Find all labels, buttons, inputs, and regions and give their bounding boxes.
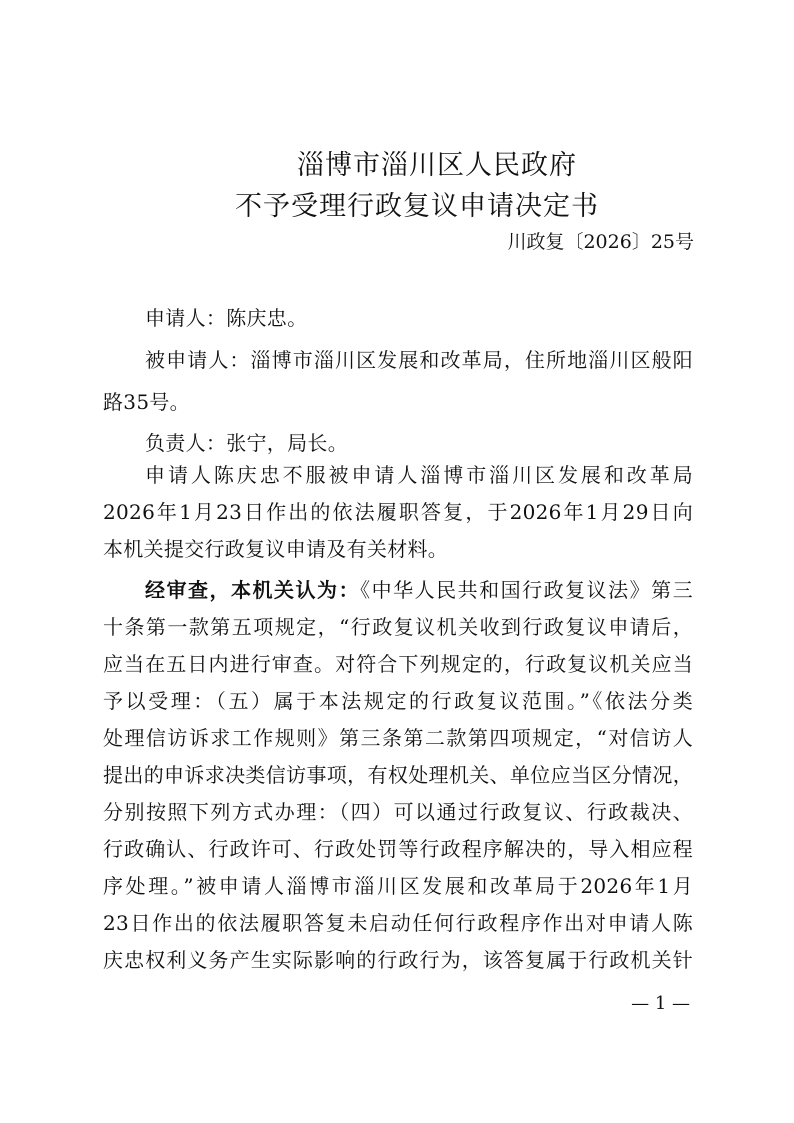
body-line: 十条第一款第五项规定，“行政复议机关收到行政复议申请后，: [103, 611, 693, 640]
body-line: 申请人陈庆忠不服被申请人淄博市淄川区发展和改革局: [145, 459, 693, 488]
document-title: 不予受理行政复议申请决定书: [20, 184, 794, 223]
body-line: 应当在五日内进行审查。对符合下列规定的，行政复议机关应当: [103, 648, 693, 677]
body-line: 本机关提交行政复议申请及有关材料。: [103, 533, 693, 562]
page-number: — 1 —: [631, 993, 690, 1014]
applicant-line: 申请人：陈庆忠。: [145, 302, 693, 331]
body-line: 处理信访诉求工作规则》第三条第二款第四项规定，“对信访人: [103, 722, 693, 751]
body-line: 行政确认、行政许可、行政处罚等行政程序解决的，导入相应程: [103, 833, 693, 862]
body-line: 分别按照下列方式办理：（四）可以通过行政复议、行政裁决、: [103, 796, 693, 825]
respondent-line: 被申请人：淄博市淄川区发展和改革局，住所地淄川区般阳: [145, 344, 693, 373]
review-text: 《中华人民共和国行政复议法》第三: [360, 578, 693, 602]
review-bold-prefix: 经审查，本机关认为：: [145, 578, 360, 602]
review-line: 经审查，本机关认为：《中华人民共和国行政复议法》第三: [145, 574, 693, 603]
issuer-heading: 淄博市淄川区人民政府: [40, 143, 794, 182]
body-line: 提出的申诉求决类信访事项，有权处理机关、单位应当区分情况，: [103, 759, 693, 788]
body-line: 2026年1月23日作出的依法履职答复，于2026年1月29日向: [103, 496, 693, 525]
responsible-person-line: 负责人：张宁，局长。: [145, 427, 693, 456]
respondent-address-line: 路35号。: [103, 386, 693, 415]
body-line: 23日作出的依法履职答复未启动任何行政程序作出对申请人陈: [103, 907, 693, 936]
document-page: 淄博市淄川区人民政府 不予受理行政复议申请决定书 川政复〔2026〕25号 申请…: [0, 0, 794, 1123]
body-line: 予以受理：（五）属于本法规定的行政复议范围。”《依法分类: [103, 685, 693, 714]
document-number: 川政复〔2026〕25号: [507, 227, 694, 254]
body-line: 庆忠权利义务产生实际影响的行政行为，该答复属于行政机关针: [103, 944, 693, 973]
body-line: 序处理。”被申请人淄博市淄川区发展和改革局于2026年1月: [103, 870, 693, 899]
